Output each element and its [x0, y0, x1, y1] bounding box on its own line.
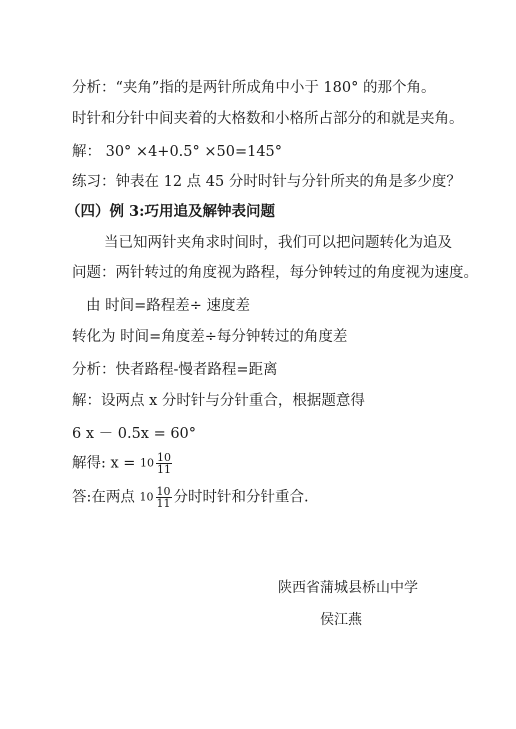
answer-prefix: 答:在两点 [72, 490, 140, 506]
formula-time-angle: 转化为 时间=角度差÷每分钟转过的角度差 [72, 327, 347, 347]
paragraph-line-1: 当已知两针夹角求时间时，我们可以把问题转化为追及 [104, 233, 452, 253]
analysis-distance: 分析：快者路程-慢者路程=距离 [72, 360, 278, 380]
author-name: 侯江燕 [320, 610, 362, 630]
exercise-question: 练习：钟表在 12 点 45 分时时针与分针所夹的角是多少度？ [72, 172, 461, 192]
fraction: 1011 [156, 452, 172, 475]
formula-time-speed: 由 时间=路程差÷ 速度差 [86, 296, 250, 316]
equation: 6 x － 0.5x = 60° [72, 424, 196, 444]
school-name: 陕西省蒲城县桥山中学 [278, 578, 418, 598]
mixed-number-whole: 10 [140, 457, 154, 470]
mixed-number-whole: 10 [140, 491, 154, 504]
fraction-denominator: 11 [157, 464, 171, 475]
answer-suffix: 分时时针和分针重合. [174, 490, 309, 506]
analysis-angle-definition: 分析：“夹角”指的是两针所成角中小于 180° 的那个角。 [72, 78, 435, 98]
analysis-angle-method: 时针和分针中间夹着的大格数和小格所占部分的和就是夹角。 [72, 109, 464, 129]
solution-calculation: 解： 30° ×4+0.5° ×50=145° [72, 142, 282, 162]
fraction-denominator: 11 [157, 498, 171, 509]
solution-setup: 解：设两点 x 分时针与分针重合，根据题意得 [72, 391, 365, 411]
section-heading: （四）例 3:巧用追及解钟表问题 [66, 202, 275, 222]
answer: 答:在两点 101011分时时针和分针重合. [72, 486, 309, 509]
solve-result: 解得: x = 101011 [72, 452, 174, 475]
fraction: 1011 [156, 486, 172, 509]
paragraph-line-2: 问题：两针转过的角度视为路程，每分钟转过的角度视为速度。 [72, 263, 478, 283]
solve-prefix: 解得: x = [72, 456, 140, 472]
